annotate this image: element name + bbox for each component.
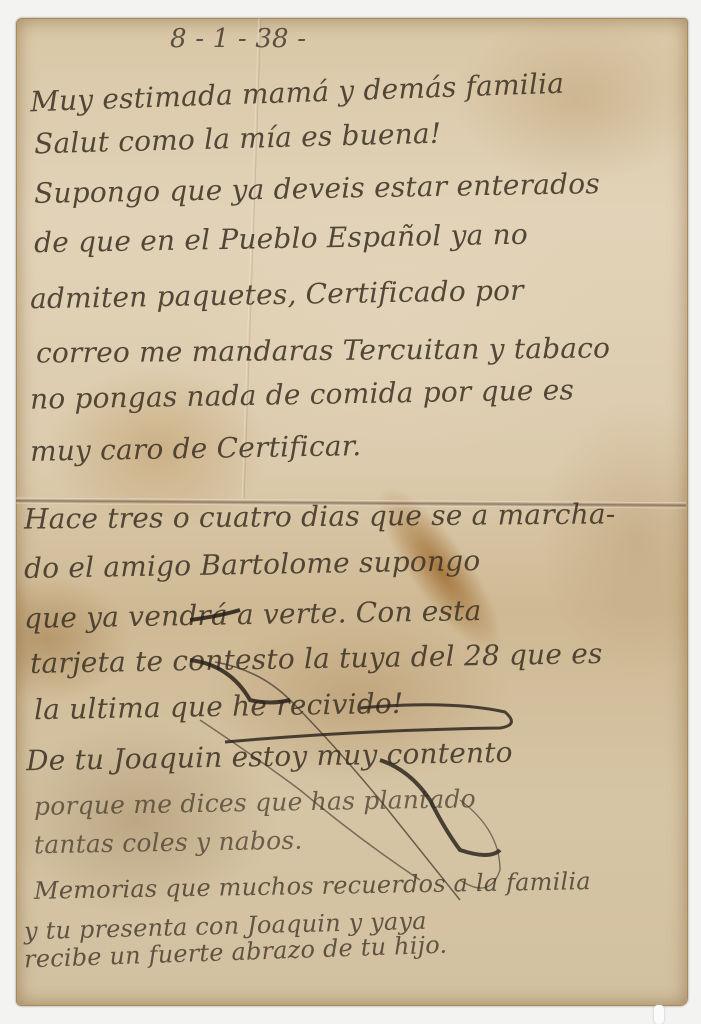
letter-date: 8 - 1 - 38 - — [170, 24, 306, 54]
scanned-postcard: 8 - 1 - 38 - Muy estimada mamá y demás f… — [0, 0, 701, 1024]
letter-line: Hace tres o cuatro dias que se a marcha- — [24, 497, 616, 535]
torn-paper-fiber — [654, 1005, 664, 1024]
letter-line: la ultima que he recivido! — [34, 687, 404, 726]
letter-line: tantas coles y nabos. — [34, 826, 303, 860]
letter-line: muy caro de Certificar. — [30, 429, 362, 468]
letter-line: correo me mandaras Tercuitan y tabaco — [36, 331, 610, 369]
